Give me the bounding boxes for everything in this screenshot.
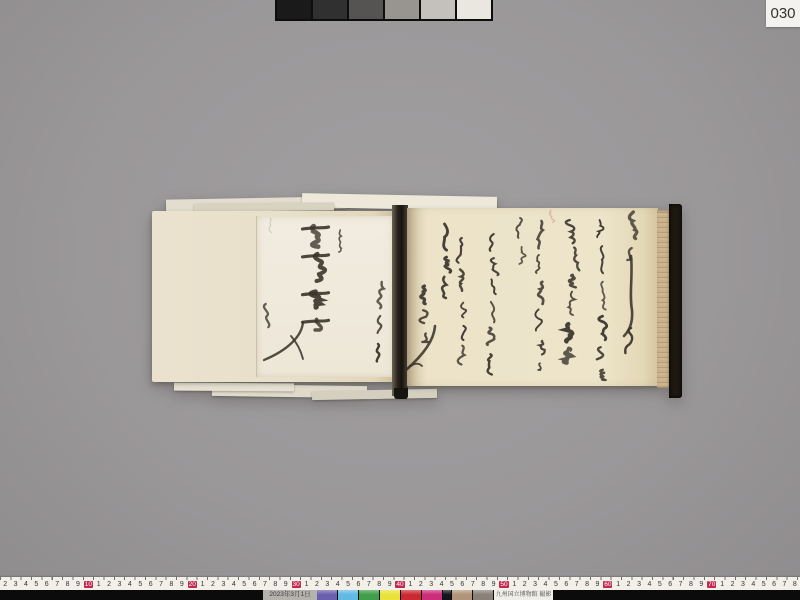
brush-stroke <box>536 255 540 273</box>
ruler-number: 8 <box>270 580 280 590</box>
ruler-decade-mark: 20 <box>187 580 197 590</box>
ruler-number: 6 <box>249 580 259 590</box>
brush-stroke <box>377 344 380 362</box>
brush-stroke <box>444 224 448 250</box>
ruler-number: 3 <box>530 580 540 590</box>
ruler-number: 2 <box>208 580 218 590</box>
brush-stroke <box>624 256 632 336</box>
ruler-number: 4 <box>21 580 31 590</box>
ruler-number: 8 <box>686 580 696 590</box>
brush-stroke <box>457 238 463 263</box>
ruler-numbers: 2345678910123456789201234567893012345678… <box>0 580 800 590</box>
brush-stroke <box>569 292 575 315</box>
brush-stroke <box>491 279 495 294</box>
brush-stroke <box>458 346 465 365</box>
brush-stroke <box>269 218 272 233</box>
ruler-number: 6 <box>457 580 467 590</box>
ruler-number: 2 <box>416 580 426 590</box>
ruler-number: 1 <box>717 580 727 590</box>
brush-stroke <box>538 363 541 370</box>
brush-stroke <box>600 370 605 380</box>
brush-stroke <box>422 334 428 343</box>
ruler-number: 9 <box>281 580 291 590</box>
brush-stroke <box>569 275 576 288</box>
grayscale-patch <box>457 0 491 19</box>
ruler-number: 5 <box>31 580 41 590</box>
ruler-number: 4 <box>229 580 239 590</box>
brush-stroke <box>315 254 325 281</box>
ruler-number: 5 <box>655 580 665 590</box>
ruler-number: 3 <box>218 580 228 590</box>
brush-stroke <box>491 258 499 275</box>
brush-stroke <box>378 282 384 308</box>
black-backing <box>553 590 800 600</box>
brush-stroke <box>519 247 525 264</box>
grayscale-patch <box>313 0 347 19</box>
brush-stroke <box>421 286 426 304</box>
ruler-number: 4 <box>125 580 135 590</box>
ruler-decade-mark: 50 <box>499 580 509 590</box>
museum-credit-label: 九州国立博物館 撮影 <box>494 590 553 600</box>
brush-stroke <box>597 220 604 237</box>
color-patch <box>380 590 400 600</box>
ruler-number: 8 <box>582 580 592 590</box>
ruler-number: 9 <box>592 580 602 590</box>
brush-stroke <box>264 322 303 360</box>
color-calibration-bar <box>317 590 494 600</box>
ruler-decade-mark: 10 <box>83 580 93 590</box>
ruler-number: 9 <box>73 580 83 590</box>
ruler-number: 5 <box>343 580 353 590</box>
brush-stroke <box>538 282 543 304</box>
ruler-number: 3 <box>10 580 20 590</box>
brush-stroke <box>264 304 269 327</box>
ruler-decade-mark: 70 <box>707 580 717 590</box>
ruler-number: 5 <box>551 580 561 590</box>
brush-stroke <box>566 324 573 342</box>
brush-stroke <box>597 347 603 359</box>
ruler-number: 8 <box>478 580 488 590</box>
ruler-number: 8 <box>790 580 800 590</box>
ruler-number: 3 <box>426 580 436 590</box>
ruler-number: 8 <box>62 580 72 590</box>
color-patch <box>338 590 358 600</box>
color-patch <box>422 590 442 600</box>
ruler-number: 9 <box>488 580 498 590</box>
color-patch <box>401 590 421 600</box>
measurement-ruler: 2345678910123456789201234567893012345678… <box>0 577 800 590</box>
brush-stroke <box>538 221 543 248</box>
ruler-number: 3 <box>114 580 124 590</box>
brush-stroke <box>629 212 637 239</box>
ruler-number: 5 <box>239 580 249 590</box>
ruler-number: 6 <box>42 580 52 590</box>
color-patch <box>452 590 472 600</box>
ruler-decade-mark: 40 <box>395 580 405 590</box>
ruler-decade-mark: 30 <box>291 580 301 590</box>
ruler-number: 6 <box>769 580 779 590</box>
ruler-number: 7 <box>260 580 270 590</box>
grayscale-patch <box>349 0 383 19</box>
ruler-number: 1 <box>301 580 311 590</box>
ruler-number: 9 <box>384 580 394 590</box>
ruler-number: 7 <box>571 580 581 590</box>
ruler-number: 4 <box>748 580 758 590</box>
ruler-number: 3 <box>322 580 332 590</box>
bottom-strip: 2023年3月1日 九州国立博物館 撮影 <box>0 590 800 600</box>
ruler-number: 7 <box>364 580 374 590</box>
brush-stroke <box>420 310 428 323</box>
ruler-number: 4 <box>644 580 654 590</box>
ruler-number: 2 <box>312 580 322 590</box>
ruler-number: 1 <box>197 580 207 590</box>
ruler-number: 2 <box>520 580 530 590</box>
ruler-number: 2 <box>104 580 114 590</box>
ruler-number: 4 <box>333 580 343 590</box>
ruler-number: 8 <box>166 580 176 590</box>
photograph-canvas: 030 234567891012345678920123456789301234… <box>0 0 800 600</box>
brush-stroke <box>535 309 542 330</box>
ruler-number: 5 <box>447 580 457 590</box>
color-patch <box>473 590 493 600</box>
brush-stroke <box>378 316 382 333</box>
ruler-number: 6 <box>145 580 155 590</box>
ruler-number: 5 <box>135 580 145 590</box>
color-patch <box>359 590 379 600</box>
brush-stroke <box>291 336 303 359</box>
color-patch <box>443 590 451 600</box>
brush-stroke <box>461 303 466 318</box>
brush-stroke <box>339 230 341 252</box>
ruler-decade-mark: 60 <box>603 580 613 590</box>
ruler-number: 1 <box>613 580 623 590</box>
ruler-number: 1 <box>509 580 519 590</box>
ruler-number: 6 <box>353 580 363 590</box>
brush-stroke <box>491 302 495 323</box>
brush-stroke <box>574 248 579 271</box>
brush-stroke <box>601 282 606 310</box>
brush-stroke <box>601 246 604 273</box>
ruler-number: 5 <box>759 580 769 590</box>
brush-stroke <box>550 210 555 222</box>
ruler-number: 7 <box>156 580 166 590</box>
ruler-number: 7 <box>779 580 789 590</box>
ruler-number: 6 <box>561 580 571 590</box>
ruler-number: 7 <box>468 580 478 590</box>
ruler-number: 4 <box>540 580 550 590</box>
brush-stroke <box>406 326 435 370</box>
brush-stroke <box>490 234 494 251</box>
calligraphy-ink <box>152 194 682 406</box>
ruler-number: 2 <box>0 580 10 590</box>
brush-stroke <box>564 349 571 363</box>
ruler-number: 7 <box>675 580 685 590</box>
brush-stroke <box>460 270 464 291</box>
brush-stroke <box>516 218 521 238</box>
ruler-number: 2 <box>623 580 633 590</box>
grayscale-patch <box>385 0 419 19</box>
brush-stroke <box>566 220 575 243</box>
ruler-number: 1 <box>94 580 104 590</box>
ruler-number: 4 <box>436 580 446 590</box>
brush-stroke <box>462 326 466 340</box>
grayscale-patch <box>277 0 311 19</box>
ruler-number: 1 <box>405 580 415 590</box>
ruler-number: 6 <box>665 580 675 590</box>
calligraphy-album <box>152 194 682 406</box>
ruler-number: 8 <box>374 580 384 590</box>
shoot-date-label: 2023年3月1日 <box>263 590 317 600</box>
brush-stroke <box>445 257 451 272</box>
ruler-number: 3 <box>634 580 644 590</box>
ruler-number: 2 <box>727 580 737 590</box>
black-backing <box>0 590 263 600</box>
brush-stroke <box>488 354 492 374</box>
grayscale-calibration-strip <box>275 0 493 21</box>
ruler-number: 3 <box>738 580 748 590</box>
ruler-number: 7 <box>52 580 62 590</box>
color-patch <box>317 590 337 600</box>
brush-stroke <box>442 277 446 298</box>
ruler-number: 9 <box>696 580 706 590</box>
brush-stroke <box>487 328 494 345</box>
brush-stroke <box>540 341 545 355</box>
ruler-number: 9 <box>177 580 187 590</box>
grayscale-patch <box>421 0 455 19</box>
brush-stroke <box>599 316 607 340</box>
page-number-label: 030 <box>766 0 800 27</box>
